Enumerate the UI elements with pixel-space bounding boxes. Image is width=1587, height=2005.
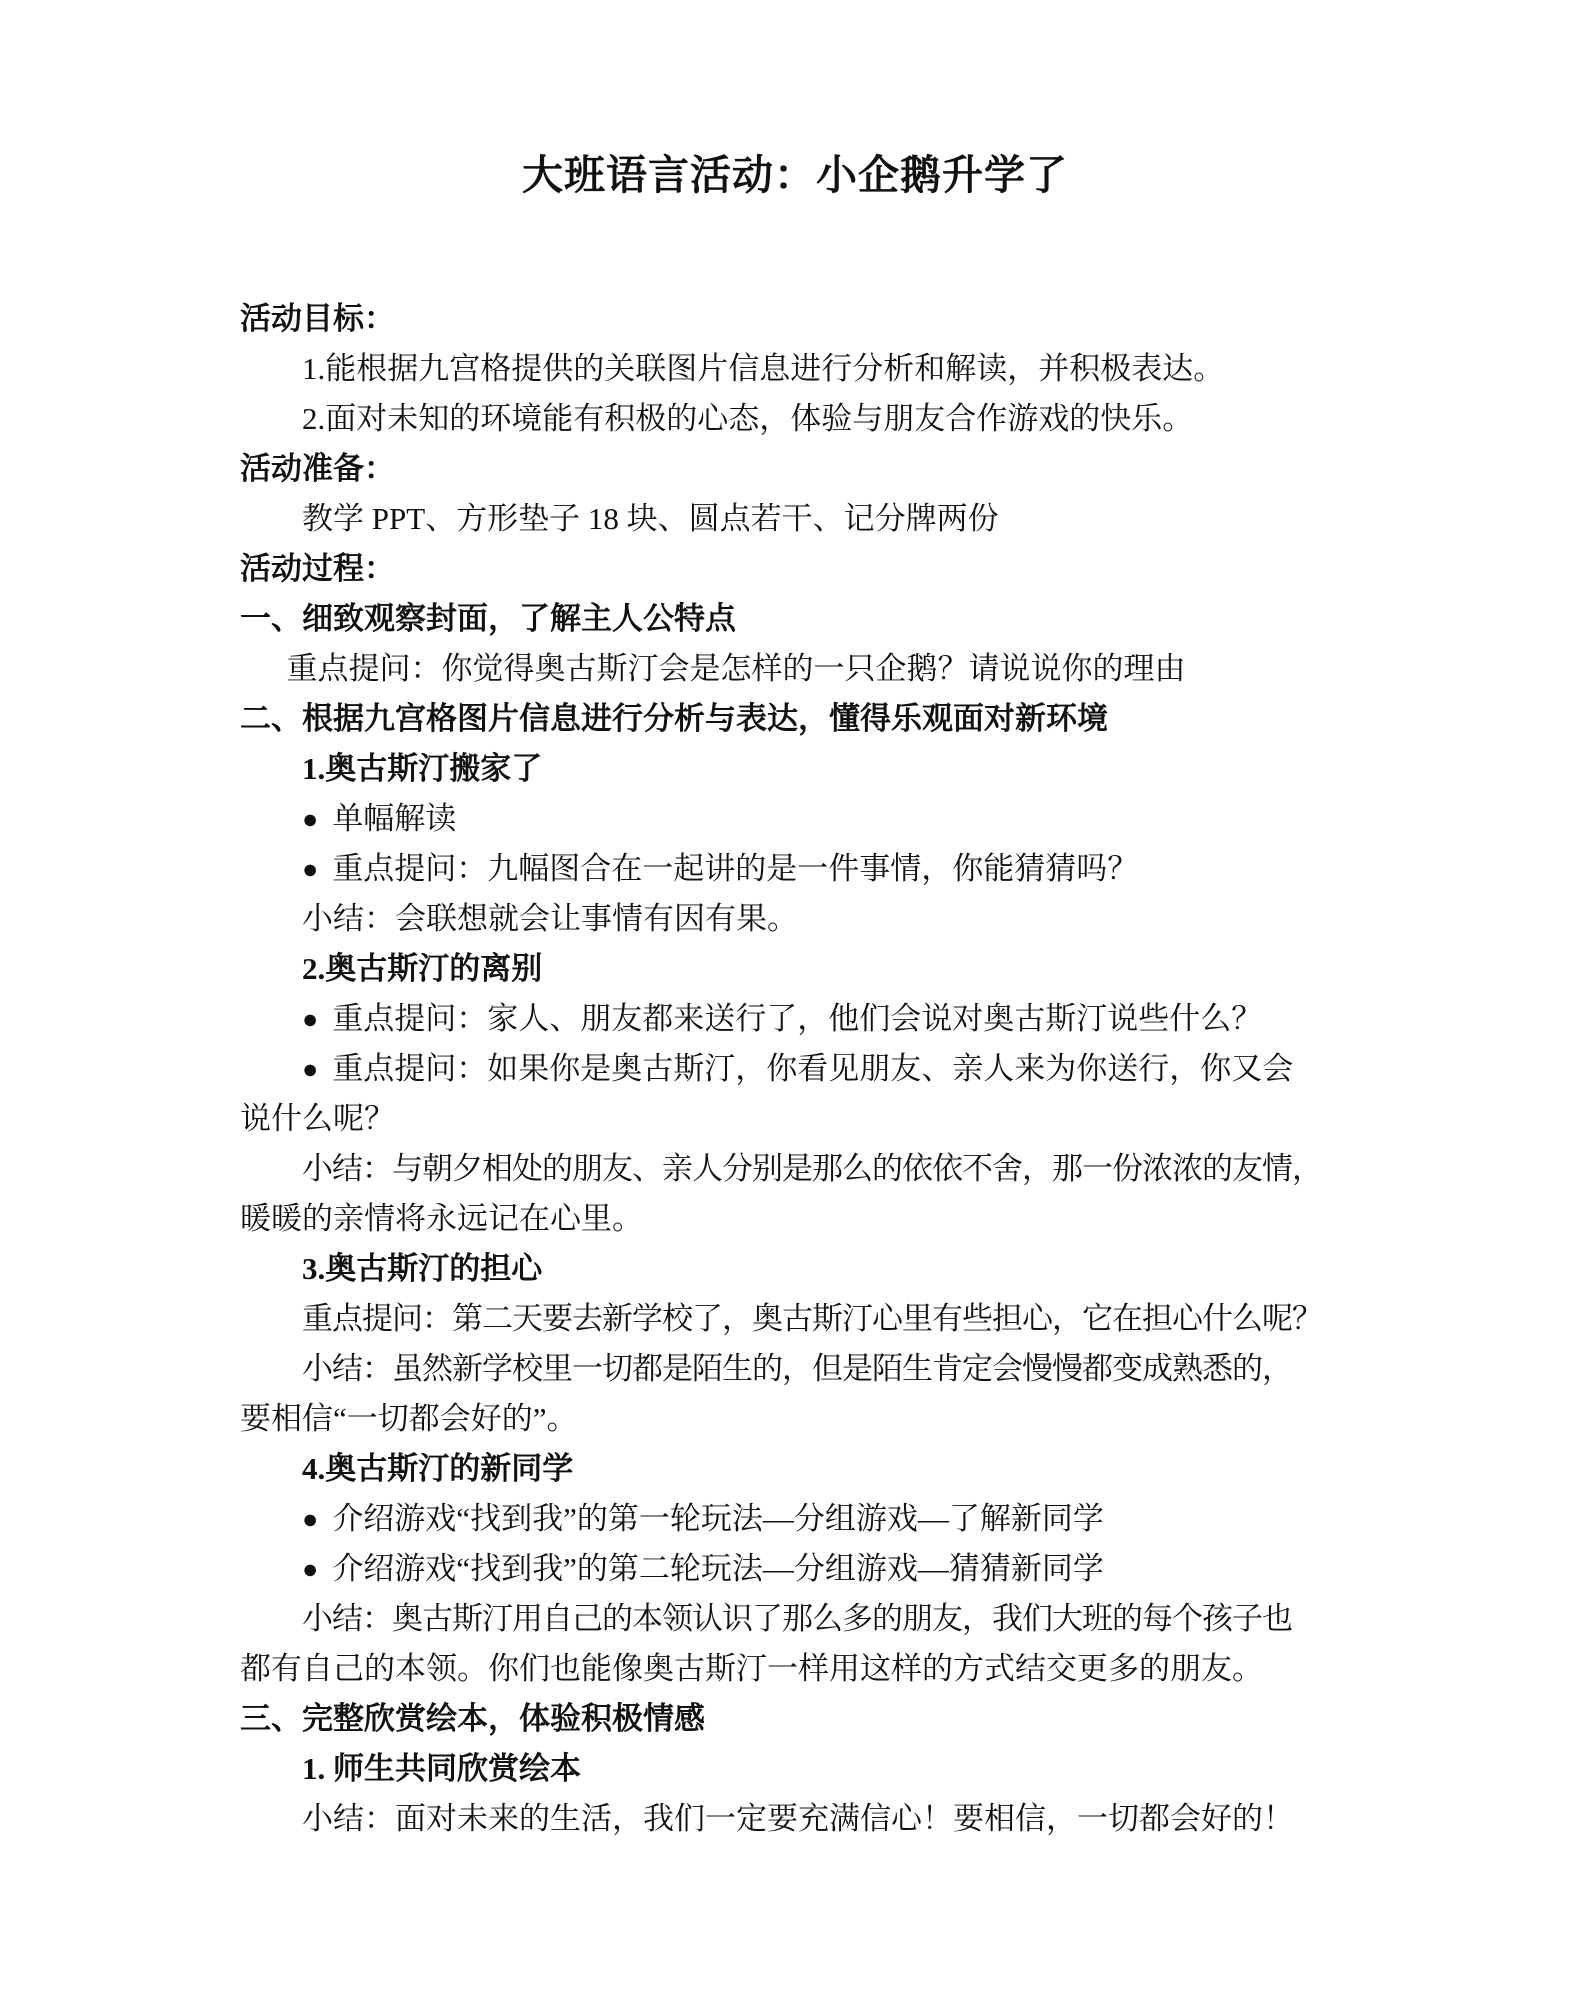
document-body: 活动目标：1.能根据九宫格提供的关联图片信息进行分析和解读，并积极表达。2.面对…: [240, 294, 1350, 1844]
document-line: 活动目标：: [240, 294, 1350, 344]
document-line: 2.面对未知的环境能有积极的心态，体验与朋友合作游戏的快乐。: [240, 394, 1350, 444]
document-line: 说什么呢？: [240, 1094, 1350, 1144]
document-line: 小结：奥古斯汀用自己的本领认识了那么多的朋友，我们大班的每个孩子也: [240, 1594, 1350, 1644]
document-line-text: 一、细致观察封面，了解主人公特点: [240, 601, 736, 636]
document-line-text: 1. 师生共同欣赏绘本: [302, 1751, 581, 1786]
document-line-text: 小结：与朝夕相处的朋友、亲人分别是那么的依依不舍，那一份浓浓的友情，: [302, 1151, 1322, 1186]
document-line: ●重点提问：家人、朋友都来送行了，他们会说对奥古斯汀说些什么？: [240, 994, 1350, 1044]
bullet-icon: ●: [302, 994, 318, 1044]
document-line-text: 活动准备：: [240, 451, 395, 486]
document-line: 小结：会联想就会让事情有因有果。: [240, 894, 1350, 944]
document-line: ●重点提问：如果你是奥古斯汀，你看见朋友、亲人来为你送行，你又会: [240, 1044, 1350, 1094]
document-line-text: 小结：会联想就会让事情有因有果。: [302, 901, 798, 936]
document-line: 重点提问：你觉得奥古斯汀会是怎样的一只企鹅？请说说你的理由: [240, 644, 1350, 694]
document-line: 都有自己的本领。你们也能像奥古斯汀一样用这样的方式结交更多的朋友。: [240, 1644, 1350, 1694]
document-line: ●介绍游戏“找到我”的第二轮玩法—分组游戏—猜猜新同学: [240, 1544, 1350, 1594]
document-line: 活动准备：: [240, 444, 1350, 494]
bullet-icon: ●: [302, 794, 318, 844]
document-line: 1.能根据九宫格提供的关联图片信息进行分析和解读，并积极表达。: [240, 344, 1350, 394]
document-line-text: 说什么呢？: [240, 1101, 395, 1136]
document-line: 重点提问：第二天要去新学校了，奥古斯汀心里有些担心，它在担心什么呢？: [240, 1294, 1350, 1344]
document-line-text: 要相信“一切都会好的”。: [240, 1401, 578, 1436]
document-line-text: 2.奥古斯汀的离别: [302, 951, 542, 986]
document-line-text: 暖暖的亲情将永远记在心里。: [240, 1201, 643, 1236]
document-content: 大班语言活动：小企鹅升学了 活动目标：1.能根据九宫格提供的关联图片信息进行分析…: [240, 150, 1350, 1844]
bullet-icon: ●: [302, 844, 318, 894]
document-line-text: 教学 PPT、方形垫子 18 块、圆点若干、记分牌两份: [302, 501, 999, 536]
document-line: 1.奥古斯汀搬家了: [240, 744, 1350, 794]
document-title: 大班语言活动：小企鹅升学了: [240, 150, 1350, 200]
document-page: 大班语言活动：小企鹅升学了 活动目标：1.能根据九宫格提供的关联图片信息进行分析…: [0, 0, 1587, 2005]
document-line-text: 活动过程：: [240, 551, 395, 586]
document-line: 要相信“一切都会好的”。: [240, 1394, 1350, 1444]
document-line-text: 三、完整欣赏绘本，体验积极情感: [240, 1701, 705, 1736]
document-line-text: 4.奥古斯汀的新同学: [302, 1451, 573, 1486]
document-line: 教学 PPT、方形垫子 18 块、圆点若干、记分牌两份: [240, 494, 1350, 544]
document-line: 4.奥古斯汀的新同学: [240, 1444, 1350, 1494]
document-line: 1. 师生共同欣赏绘本: [240, 1744, 1350, 1794]
document-line-text: 重点提问：九幅图合在一起讲的是一件事情，你能猜猜吗？: [332, 851, 1138, 886]
bullet-icon: ●: [302, 1544, 318, 1594]
document-line: 小结：面对未来的生活，我们一定要充满信心！要相信，一切都会好的！: [240, 1794, 1350, 1844]
document-line: 小结：与朝夕相处的朋友、亲人分别是那么的依依不舍，那一份浓浓的友情，: [240, 1144, 1350, 1194]
document-line-text: 1.奥古斯汀搬家了: [302, 751, 542, 786]
document-line-text: 二、根据九宫格图片信息进行分析与表达，懂得乐观面对新环境: [240, 701, 1108, 736]
document-line-text: 小结：面对未来的生活，我们一定要充满信心！要相信，一切都会好的！: [302, 1801, 1294, 1836]
document-line: 2.奥古斯汀的离别: [240, 944, 1350, 994]
document-line-text: 重点提问：你觉得奥古斯汀会是怎样的一只企鹅？请说说你的理由: [287, 651, 1186, 686]
document-line: 三、完整欣赏绘本，体验积极情感: [240, 1694, 1350, 1744]
document-line-text: 单幅解读: [332, 801, 456, 836]
document-line-text: 重点提问：如果你是奥古斯汀，你看见朋友、亲人来为你送行，你又会: [332, 1051, 1293, 1086]
document-line: ●重点提问：九幅图合在一起讲的是一件事情，你能猜猜吗？: [240, 844, 1350, 894]
document-line-text: 小结：虽然新学校里一切都是陌生的，但是陌生肯定会慢慢都变成熟悉的，: [302, 1351, 1292, 1386]
document-line-text: 小结：奥古斯汀用自己的本领认识了那么多的朋友，我们大班的每个孩子也: [302, 1601, 1292, 1636]
document-line: 活动过程：: [240, 544, 1350, 594]
document-line-text: 重点提问：家人、朋友都来送行了，他们会说对奥古斯汀说些什么？: [332, 1001, 1262, 1036]
document-line-text: 介绍游戏“找到我”的第一轮玩法—分组游戏—了解新同学: [332, 1501, 1104, 1536]
document-line-text: 重点提问：第二天要去新学校了，奥古斯汀心里有些担心，它在担心什么呢？: [302, 1301, 1322, 1336]
document-line: 3.奥古斯汀的担心: [240, 1244, 1350, 1294]
document-line-text: 介绍游戏“找到我”的第二轮玩法—分组游戏—猜猜新同学: [332, 1551, 1104, 1586]
document-line-text: 都有自己的本领。你们也能像奥古斯汀一样用这样的方式结交更多的朋友。: [240, 1651, 1263, 1686]
document-line-text: 活动目标：: [240, 301, 395, 336]
document-line-text: 2.面对未知的环境能有积极的心态，体验与朋友合作游戏的快乐。: [302, 401, 1193, 436]
bullet-icon: ●: [302, 1044, 318, 1094]
document-line: 小结：虽然新学校里一切都是陌生的，但是陌生肯定会慢慢都变成熟悉的，: [240, 1344, 1350, 1394]
document-line: ●单幅解读: [240, 794, 1350, 844]
document-line: 二、根据九宫格图片信息进行分析与表达，懂得乐观面对新环境: [240, 694, 1350, 744]
document-line: 一、细致观察封面，了解主人公特点: [240, 594, 1350, 644]
document-line: 暖暖的亲情将永远记在心里。: [240, 1194, 1350, 1244]
document-line-text: 1.能根据九宫格提供的关联图片信息进行分析和解读，并积极表达。: [302, 351, 1224, 386]
document-line-text: 3.奥古斯汀的担心: [302, 1251, 542, 1286]
document-line: ●介绍游戏“找到我”的第一轮玩法—分组游戏—了解新同学: [240, 1494, 1350, 1544]
bullet-icon: ●: [302, 1494, 318, 1544]
